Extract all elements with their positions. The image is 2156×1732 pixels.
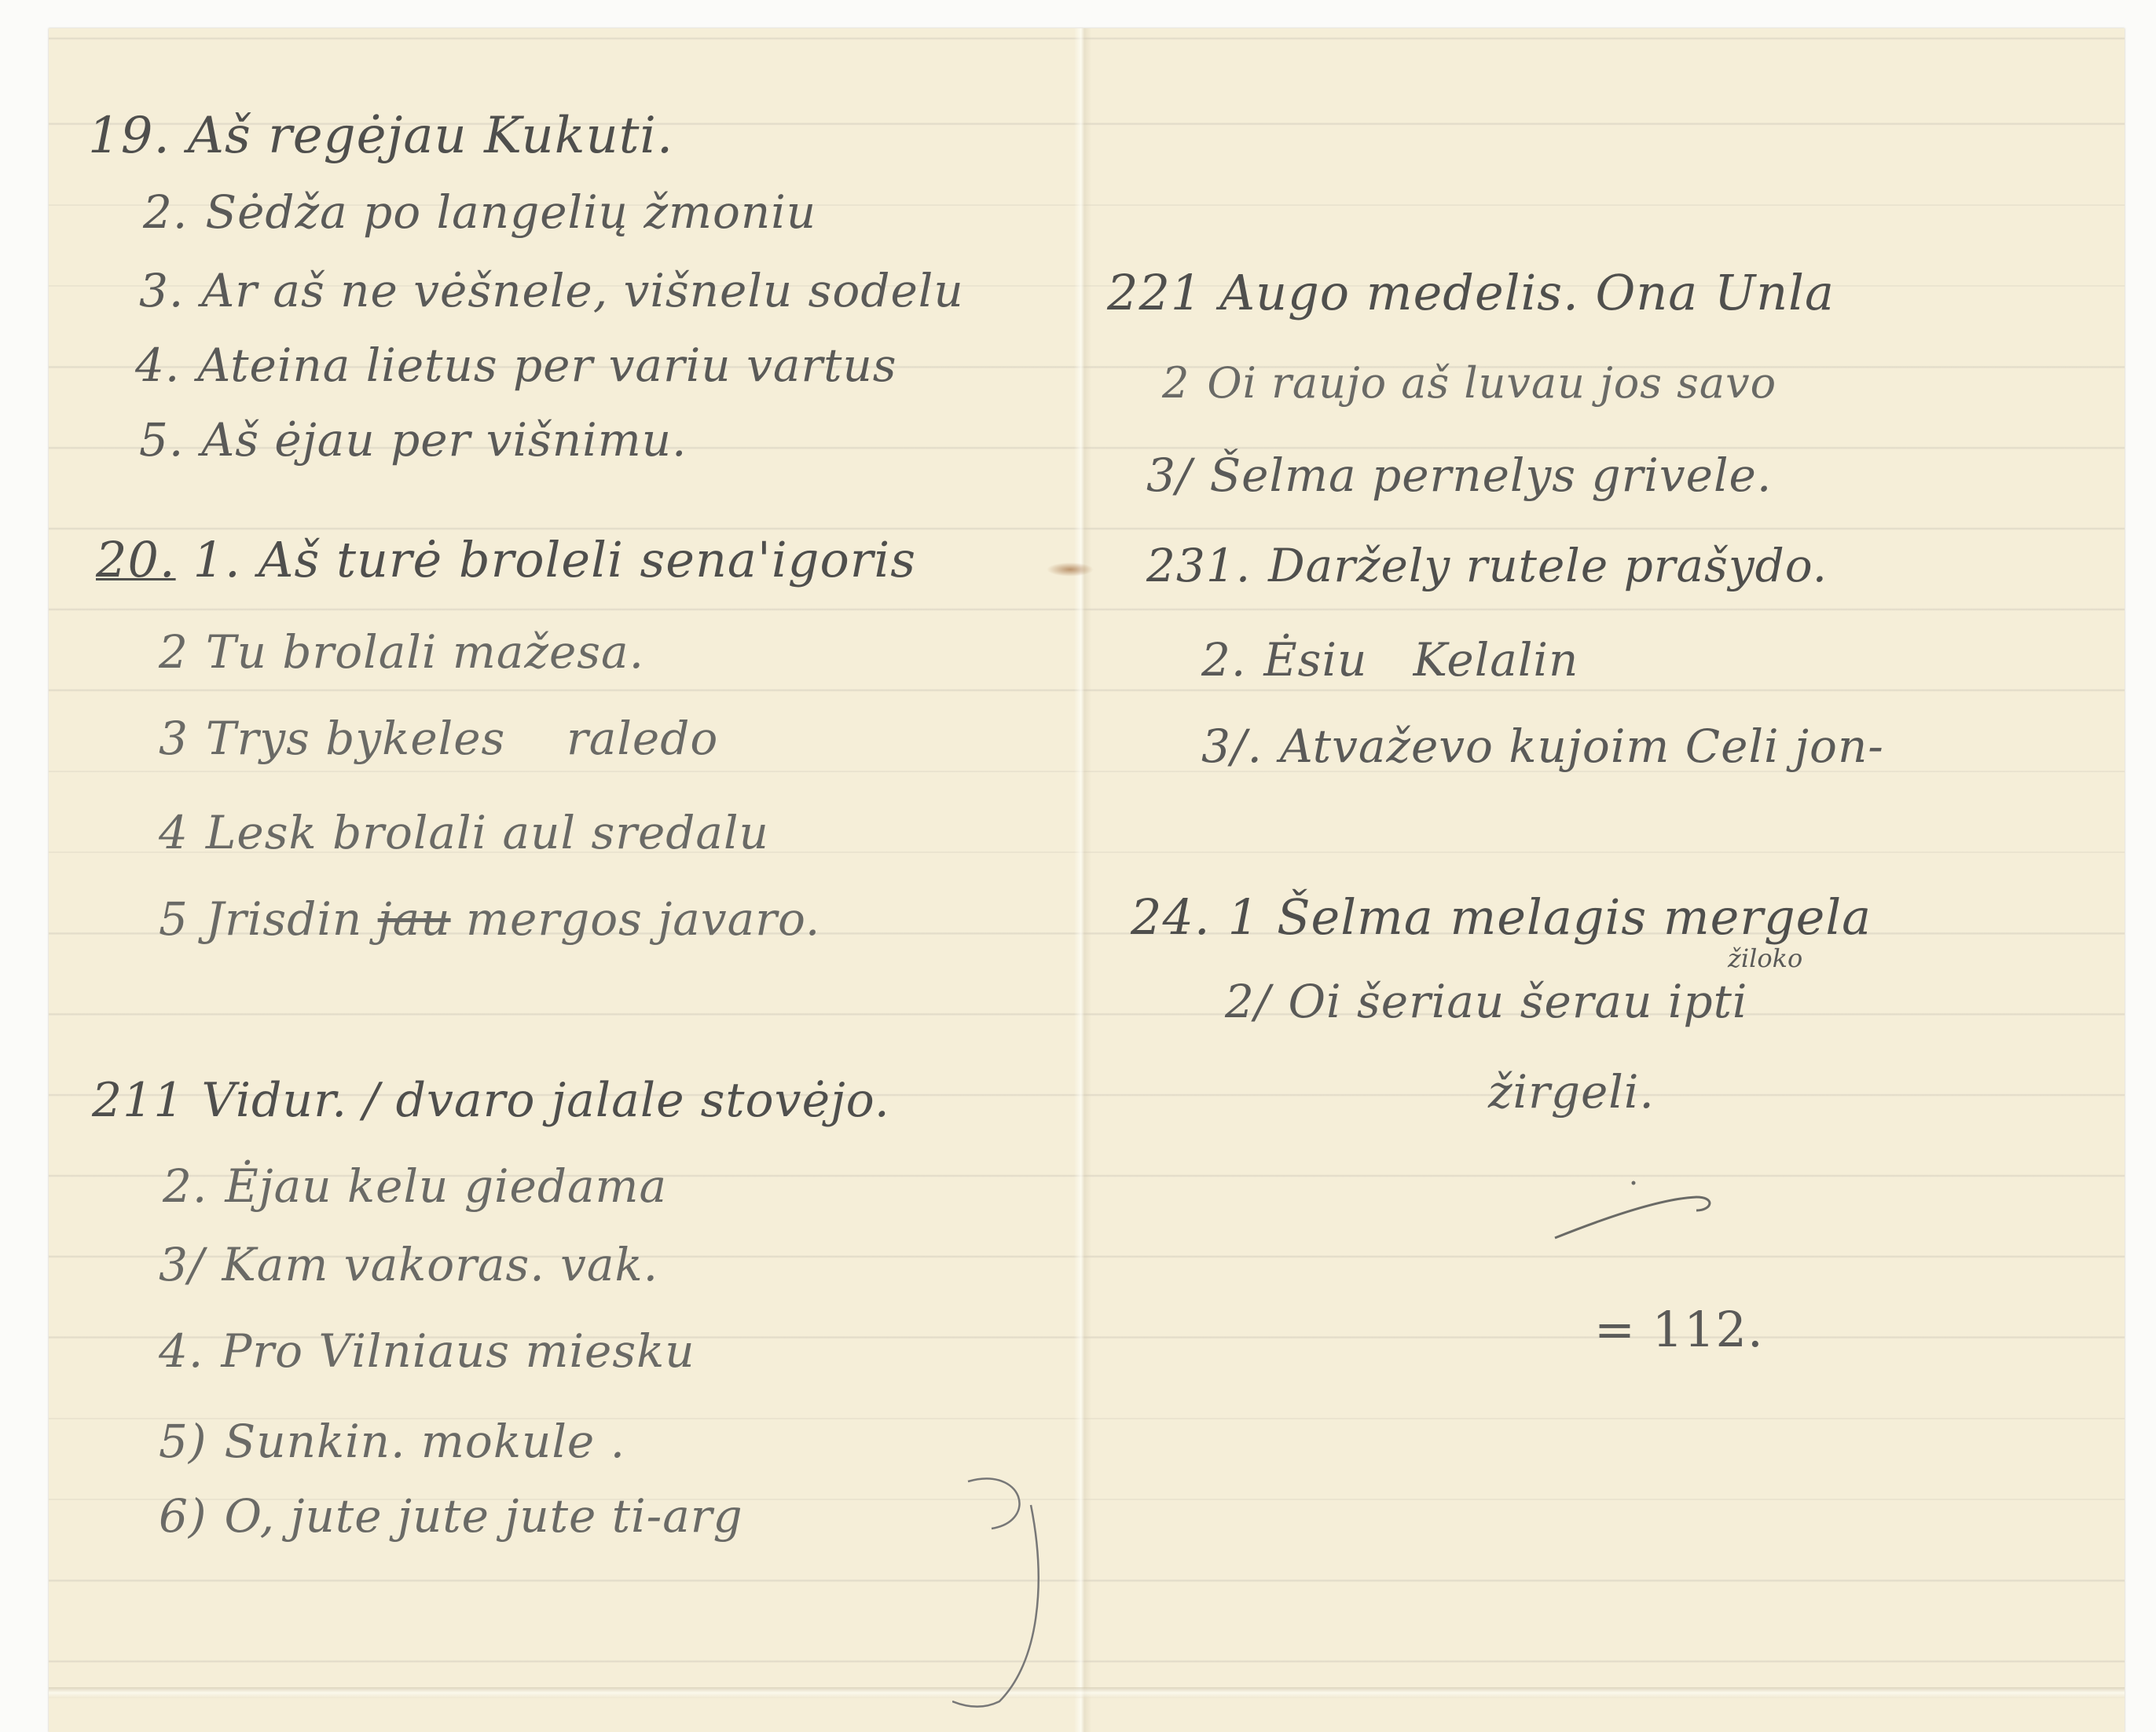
line-number: 5 bbox=[159, 892, 189, 946]
right-page: 221Augo medelis. Ona Unla 2Oi raujo aš l… bbox=[1091, 28, 2125, 1732]
line-text: Jrisdin bbox=[206, 892, 362, 946]
line-number: 4. bbox=[135, 339, 180, 392]
entry-22-line-2: 2Oi raujo aš luvau jos savo bbox=[1162, 358, 1776, 408]
line-number: 2. bbox=[1201, 633, 1246, 687]
line-text: Trys bykeles raledo bbox=[206, 712, 718, 765]
entry-20-line-3: 3Trys bykeles raledo bbox=[159, 712, 718, 765]
line-number: 2/ bbox=[1225, 975, 1270, 1028]
entry-23-line-3: 3/.Atvaževo kujoim Celi jon- bbox=[1201, 720, 1884, 773]
line-number: 3 bbox=[159, 712, 189, 765]
separator-flourish bbox=[1547, 1175, 1720, 1246]
line-number: 3/ bbox=[159, 1238, 204, 1291]
line-text-continued: mergos javaro. bbox=[466, 892, 820, 946]
line-text: Ėjau kelu giedama bbox=[225, 1159, 667, 1213]
line-text: Lesk brolali aul sredalu bbox=[206, 806, 769, 859]
line-number: 3/. bbox=[1201, 720, 1263, 773]
center-fold bbox=[1074, 28, 1091, 1732]
entry-number: 22 bbox=[1107, 264, 1171, 321]
line-text: Šelma pernelys grivele. bbox=[1209, 449, 1772, 502]
entry-21-line-3: 3/Kam vakoras. vak. bbox=[159, 1238, 658, 1291]
entry-21-line-1: 211Vidur. / dvaro jalale stovėjo. bbox=[92, 1073, 890, 1128]
manuscript-paper: 19.Aš regėjau Kukuti. 2.Sėdža po langeli… bbox=[49, 28, 2125, 1732]
entry-number: 23 bbox=[1146, 539, 1206, 592]
line-number: 1 bbox=[153, 1073, 184, 1128]
entry-24-line-2: 2/Oi šeriau šerau ipti bbox=[1225, 975, 1747, 1028]
line-number: 3. bbox=[139, 264, 184, 317]
line-text: Kam vakoras. vak. bbox=[222, 1238, 658, 1291]
line-text: Aš turė broleli sena'igoris bbox=[258, 531, 916, 588]
line-number: 3/ bbox=[1146, 449, 1192, 502]
line-number: 4. bbox=[159, 1324, 203, 1378]
line-number: 1 bbox=[1228, 888, 1259, 946]
interlinear-note: žiloko bbox=[1728, 943, 1802, 973]
line-text: Oi raujo aš luvau jos savo bbox=[1207, 358, 1776, 408]
line-number: 2. bbox=[163, 1159, 207, 1213]
entry-22-line-3: 3/Šelma pernelys grivele. bbox=[1146, 449, 1772, 502]
line-text: Šelma melagis mergela bbox=[1277, 888, 1872, 946]
line-number: 5. bbox=[139, 413, 184, 467]
line-text: Oi šeriau šerau ipti bbox=[1288, 975, 1747, 1028]
entry-number: 20. bbox=[96, 531, 176, 588]
entry-20-line-5: 5Jrisdin jau mergos javaro. bbox=[159, 892, 820, 946]
entry-24-line-3: žirgeli. bbox=[1488, 1065, 1655, 1119]
entry-20-line-4: 4Lesk brolali aul sredalu bbox=[159, 806, 769, 859]
line-number: 6) bbox=[159, 1489, 207, 1543]
entry-21-line-4: 4.Pro Vilniaus miesku bbox=[159, 1324, 695, 1378]
entry-number: 19. bbox=[88, 107, 170, 165]
line-number: 1. bbox=[193, 531, 241, 588]
line-text: Daržely rutele prašydo. bbox=[1268, 539, 1828, 592]
entry-23-line-2: 2.Ėsiu Kelalin bbox=[1201, 633, 1578, 687]
entry-21-line-5: 5)Sunkin. mokule . bbox=[159, 1415, 625, 1468]
total-count: = 112. bbox=[1594, 1301, 1764, 1358]
line-number: 2 bbox=[1162, 358, 1190, 408]
entry-21-line-2: 2.Ėjau kelu giedama bbox=[163, 1159, 667, 1213]
line-text: žirgeli. bbox=[1488, 1065, 1655, 1119]
line-number: 5) bbox=[159, 1415, 207, 1468]
entry-19-line-2: 2.Sėdža po langelių žmoniu bbox=[143, 185, 816, 239]
left-page: 19.Aš regėjau Kukuti. 2.Sėdža po langeli… bbox=[49, 28, 1074, 1732]
entry-19-line-1: 19.Aš regėjau Kukuti. bbox=[88, 107, 673, 165]
entry-19-line-4: 4.Ateina lietus per variu vartus bbox=[135, 339, 897, 392]
entry-19-line-5: 5.Aš ėjau per višnimu. bbox=[139, 413, 687, 467]
line-text: Pro Vilniaus miesku bbox=[221, 1324, 695, 1378]
line-text: Aš ėjau per višnimu. bbox=[201, 413, 687, 467]
entry-19-line-3: 3.Ar aš ne vėšnele, višnelu sodelu bbox=[139, 264, 964, 317]
entry-24-line-1: 24.1Šelma melagis mergela bbox=[1131, 888, 1872, 946]
line-number: 1. bbox=[1206, 539, 1251, 592]
line-text: Augo medelis. Ona Unla bbox=[1219, 264, 1835, 321]
line-text: Vidur. / dvaro jalale stovėjo. bbox=[202, 1073, 890, 1128]
line-number: 1 bbox=[1171, 264, 1202, 321]
entry-20-line-1: 20.1.Aš turė broleli sena'igoris bbox=[96, 531, 916, 588]
entry-20-line-2: 2Tu brolali mažesa. bbox=[159, 625, 644, 679]
line-number: 2 bbox=[159, 625, 189, 679]
closing-flourish bbox=[952, 1474, 1062, 1709]
line-text: Ar aš ne vėšnele, višnelu sodelu bbox=[201, 264, 963, 317]
line-text: Atvaževo kujoim Celi jon- bbox=[1280, 720, 1884, 773]
line-text: Sunkin. mokule . bbox=[225, 1415, 626, 1468]
line-number: 4 bbox=[159, 806, 189, 859]
line-text: Aš regėjau Kukuti. bbox=[188, 107, 673, 165]
line-text: O, jute jute jute ti-arg bbox=[225, 1489, 743, 1543]
entry-number: 21 bbox=[92, 1073, 153, 1128]
entry-number: 24. bbox=[1131, 888, 1211, 946]
entry-22-line-1: 221Augo medelis. Ona Unla bbox=[1107, 264, 1835, 321]
line-number: 2. bbox=[143, 185, 188, 239]
line-text: Tu brolali mažesa. bbox=[206, 625, 644, 679]
struck-word: jau bbox=[378, 892, 451, 946]
line-text: Sėdža po langelių žmoniu bbox=[205, 185, 816, 239]
entry-23-line-1: 231.Daržely rutele prašydo. bbox=[1146, 539, 1828, 592]
entry-21-line-6: 6)O, jute jute jute ti-arg bbox=[159, 1489, 743, 1543]
line-text: Ateina lietus per variu vartus bbox=[197, 339, 896, 392]
line-text: Ėsiu Kelalin bbox=[1263, 633, 1578, 687]
